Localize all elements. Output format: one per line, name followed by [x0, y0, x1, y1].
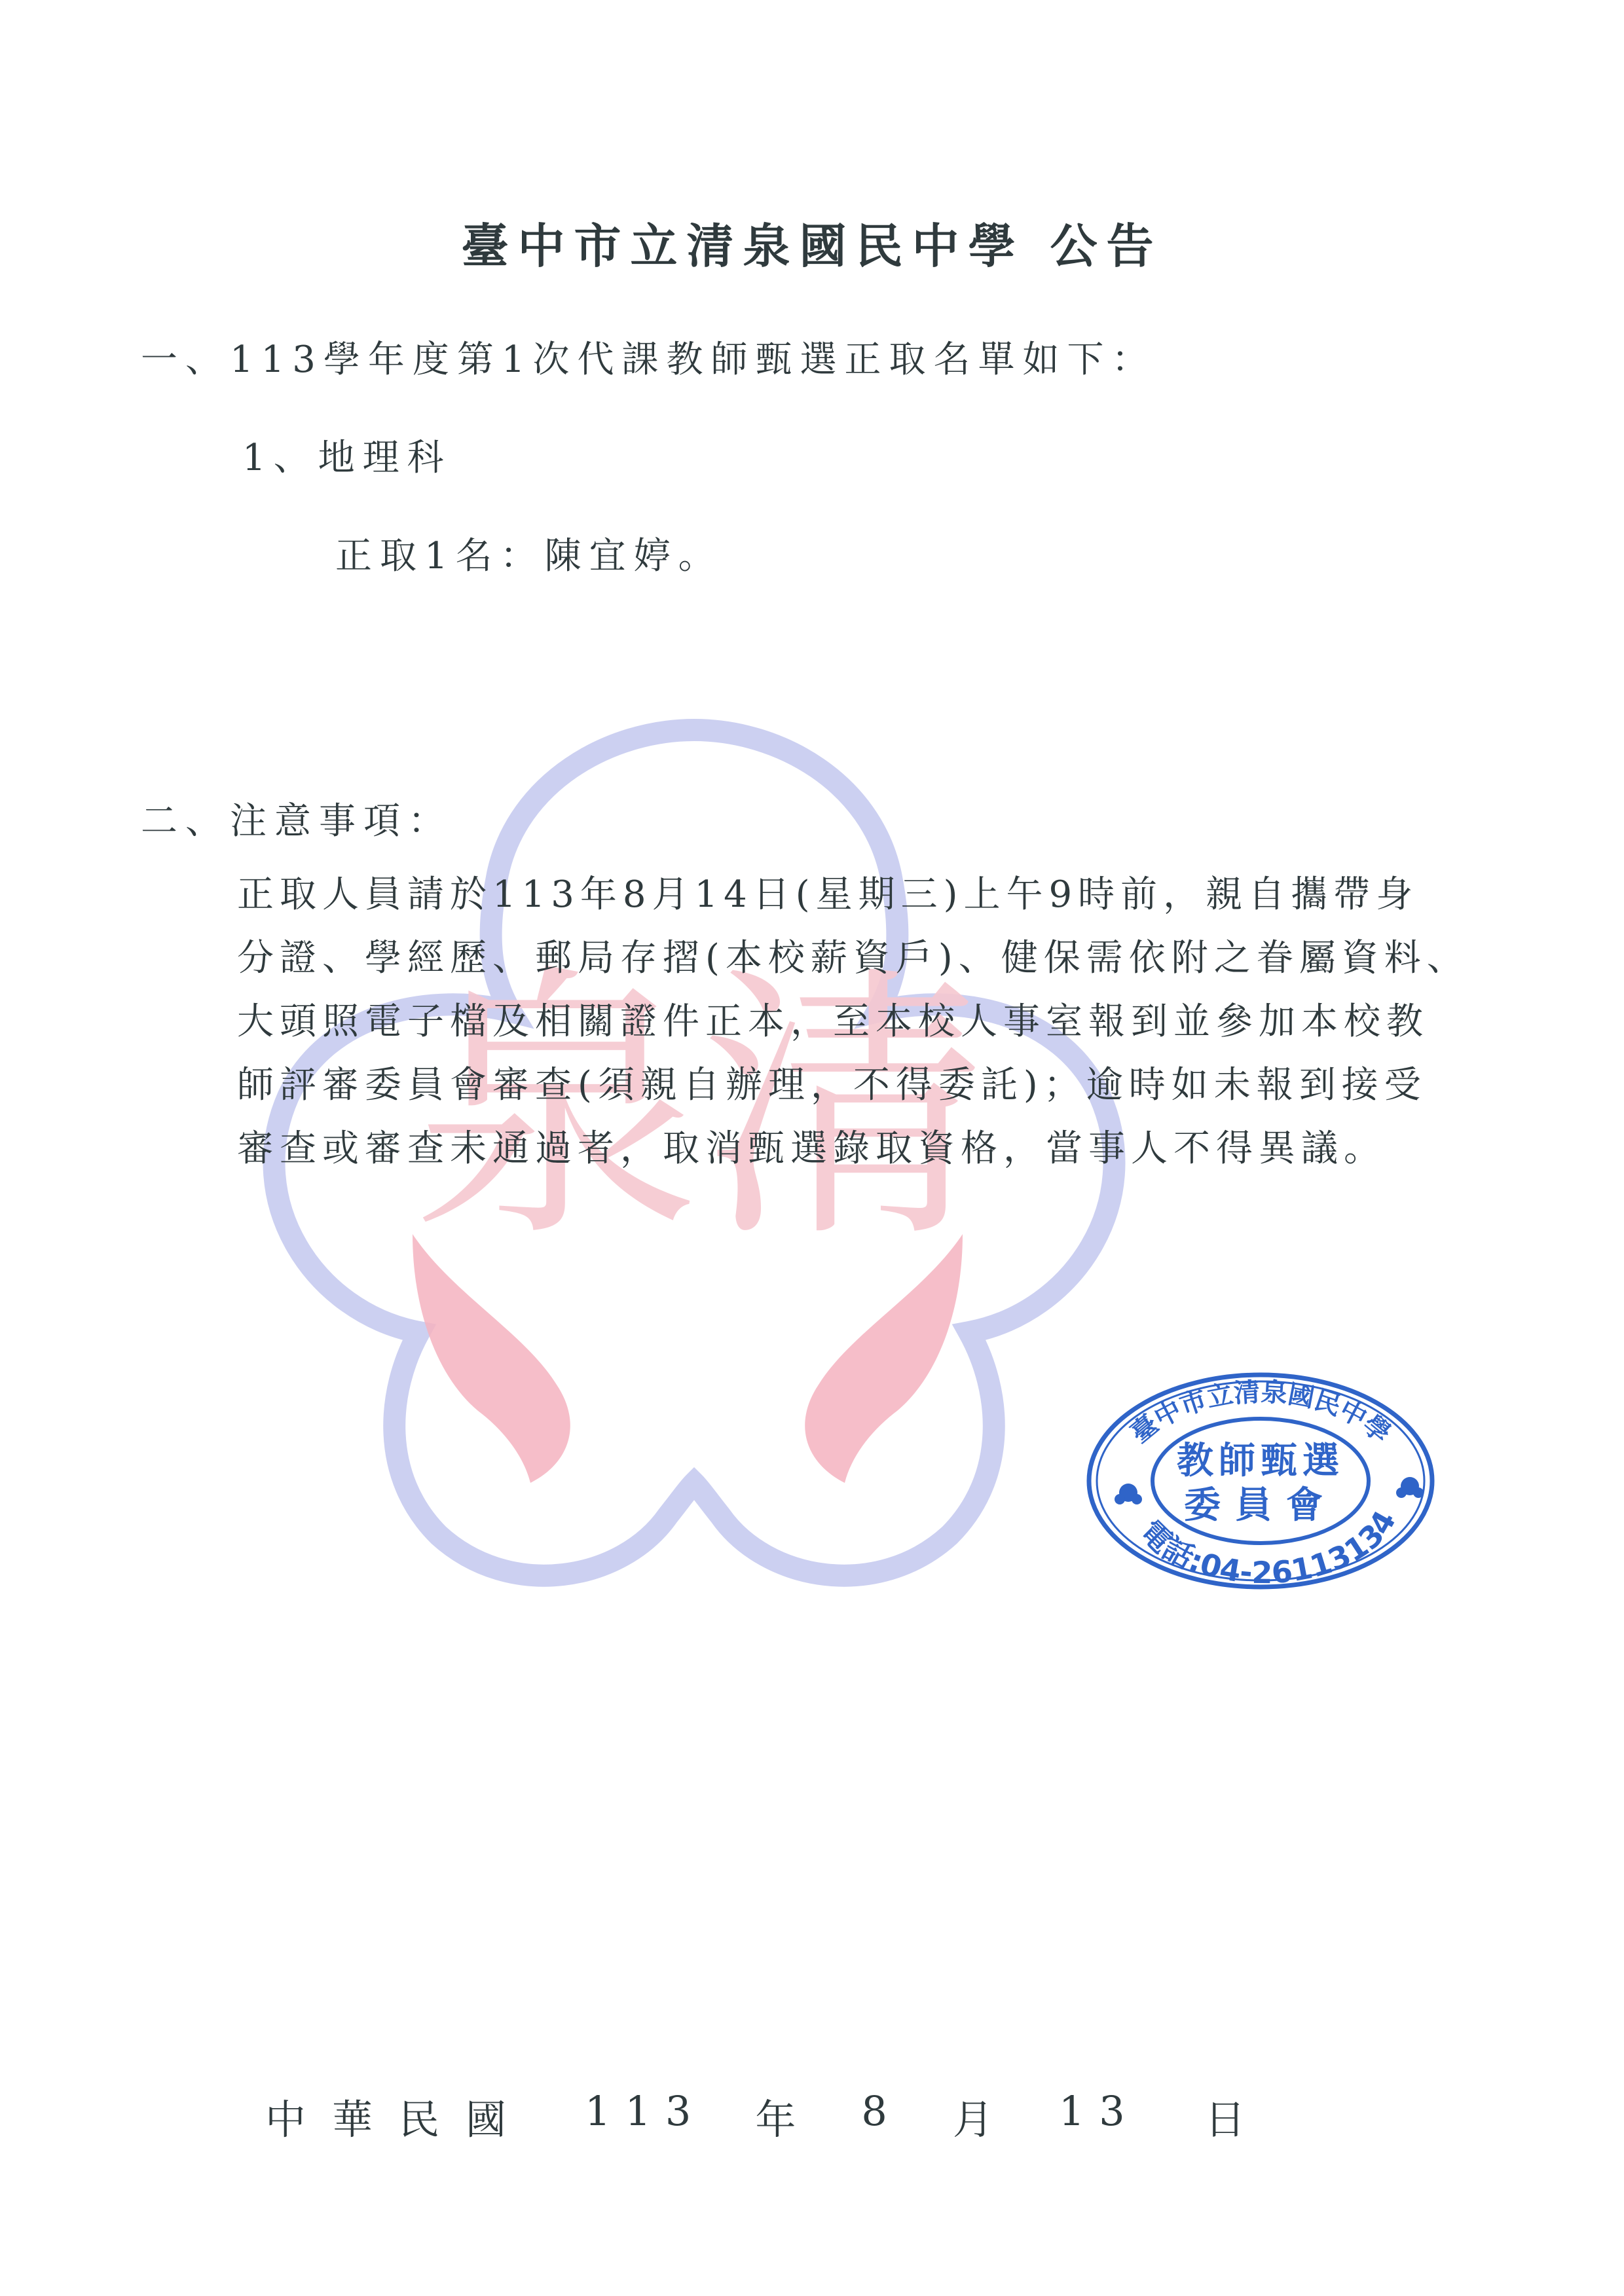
stamp-center-line1: 教師甄選 [1177, 1439, 1344, 1482]
date-month: 8 [861, 2087, 887, 2145]
section1-heading: 一、113學年度第1次代課教師甄選正取名單如下： [141, 331, 1156, 383]
notes-line: 分證、學經歷、郵局存摺(本校薪資戶)、健保需依附之眷屬資料、 [237, 926, 1534, 990]
page-title: 臺中市立清泉國民中學 公告 [0, 208, 1624, 276]
notes-line: 審查或審查未通過者，取消甄選錄取資格，當事人不得異議。 [237, 1117, 1534, 1180]
plum-blossom-icon [1396, 1477, 1424, 1498]
plum-blossom-icon [1115, 1484, 1142, 1504]
admitted-result: 正取1名：陳宜婷。 [335, 527, 723, 579]
stamp-center-line2: 委員會 [1184, 1484, 1337, 1527]
document-date: 中華民國 113 年 8 月 13 日 [265, 2087, 1246, 2145]
date-year: 113 [585, 2087, 705, 2145]
notes-line: 師評審委員會審查(須親自辦理，不得委託)；逾時如未報到接受 [237, 1053, 1534, 1117]
committee-seal-stamp: 臺中市立清泉國民中學 電話:04-26113134 教師甄選 委員會 [1084, 1368, 1437, 1591]
date-month-unit: 月 [953, 2087, 993, 2145]
notes-line: 正取人員請於113年8月14日(星期三)上午9時前，親自攜帶身 [237, 863, 1534, 926]
svg-text:臺中市立清泉國民中學: 臺中市立清泉國民中學 [1124, 1377, 1396, 1449]
date-day: 13 [1059, 2087, 1139, 2145]
date-year-unit: 年 [755, 2087, 796, 2145]
subject-label: 1、地理科 [242, 429, 452, 481]
date-day-unit: 日 [1205, 2087, 1246, 2145]
date-era: 中華民國 [265, 2087, 532, 2145]
notes-line: 大頭照電子檔及相關證件正本，至本校人事室報到並參加本校教 [237, 990, 1534, 1053]
stamp-outer-text: 臺中市立清泉國民中學 [1124, 1377, 1396, 1449]
section2-heading: 二、注意事項： [141, 792, 452, 845]
notes-paragraph: 正取人員請於113年8月14日(星期三)上午9時前，親自攜帶身 分證、學經歷、郵… [237, 863, 1534, 1180]
